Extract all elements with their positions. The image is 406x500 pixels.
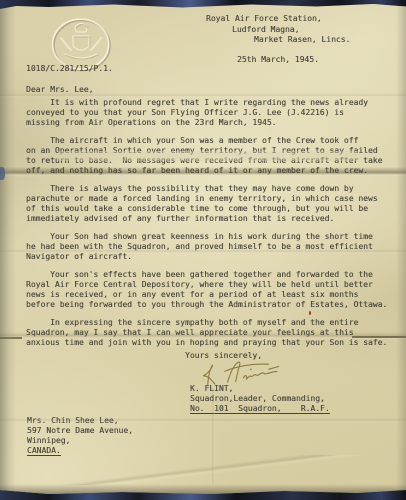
paragraph: In expressing the sincere sympathy both … — [26, 318, 387, 348]
paragraph: It is with profound regret that I write … — [26, 98, 387, 128]
signatory-unit: No. 101 Squadron, R.A.F. — [190, 404, 330, 414]
paper-edge-shadow — [396, 0, 406, 500]
paper-edge-shadow — [0, 484, 406, 494]
recipient-country: CANADA. — [27, 446, 61, 456]
crease-line — [0, 455, 406, 485]
red-speck — [309, 311, 311, 315]
recipient-address: Mrs. Chin Shee Lee,597 Notre Dame Avenue… — [27, 416, 133, 446]
letterhead: Royal Air Force Station, Ludford Magna, … — [206, 14, 350, 46]
signatory-unit-text: No. 101 Squadron, R.A.F. — [190, 404, 330, 414]
address-line: 597 Notre Dame Avenue, — [27, 426, 133, 436]
recipient-country-text: CANADA. — [27, 446, 61, 456]
crease-mark — [0, 337, 22, 339]
address-line: Mrs. Chin Shee Lee, — [27, 416, 133, 426]
paragraph: Your Son had shown great keenness in his… — [26, 232, 387, 262]
date-line: 25th March, 1945. — [237, 55, 319, 64]
signatory-name: K. FLINT, — [190, 384, 233, 393]
paragraph: Your son's effects have been gathered to… — [26, 270, 387, 310]
letterhead-line: Royal Air Force Station, — [206, 14, 350, 25]
paragraph: The aircraft in which your Son was a mem… — [26, 136, 387, 176]
paragraph: There is always the possibility that the… — [26, 184, 387, 224]
signatory-title: Squadron,Leader, Commanding, — [190, 394, 325, 403]
paper-edge-shadow — [0, 0, 16, 500]
letter-body: It is with profound regret that I write … — [26, 98, 387, 356]
letterhead-line: Market Rasen, Lincs. — [254, 35, 350, 46]
address-line: Winnipeg, — [27, 436, 133, 446]
photo-backdrop: Royal Air Force Station, Ludford Magna, … — [0, 0, 406, 500]
salutation: Dear Mrs. Lee, — [26, 85, 93, 94]
paper: Royal Air Force Station, Ludford Magna, … — [0, 0, 406, 500]
letterhead-line: Ludford Magna, — [232, 25, 350, 36]
file-reference: 1018/C.281/15/P.1. — [26, 64, 113, 73]
blue-ink-mark — [0, 167, 5, 180]
